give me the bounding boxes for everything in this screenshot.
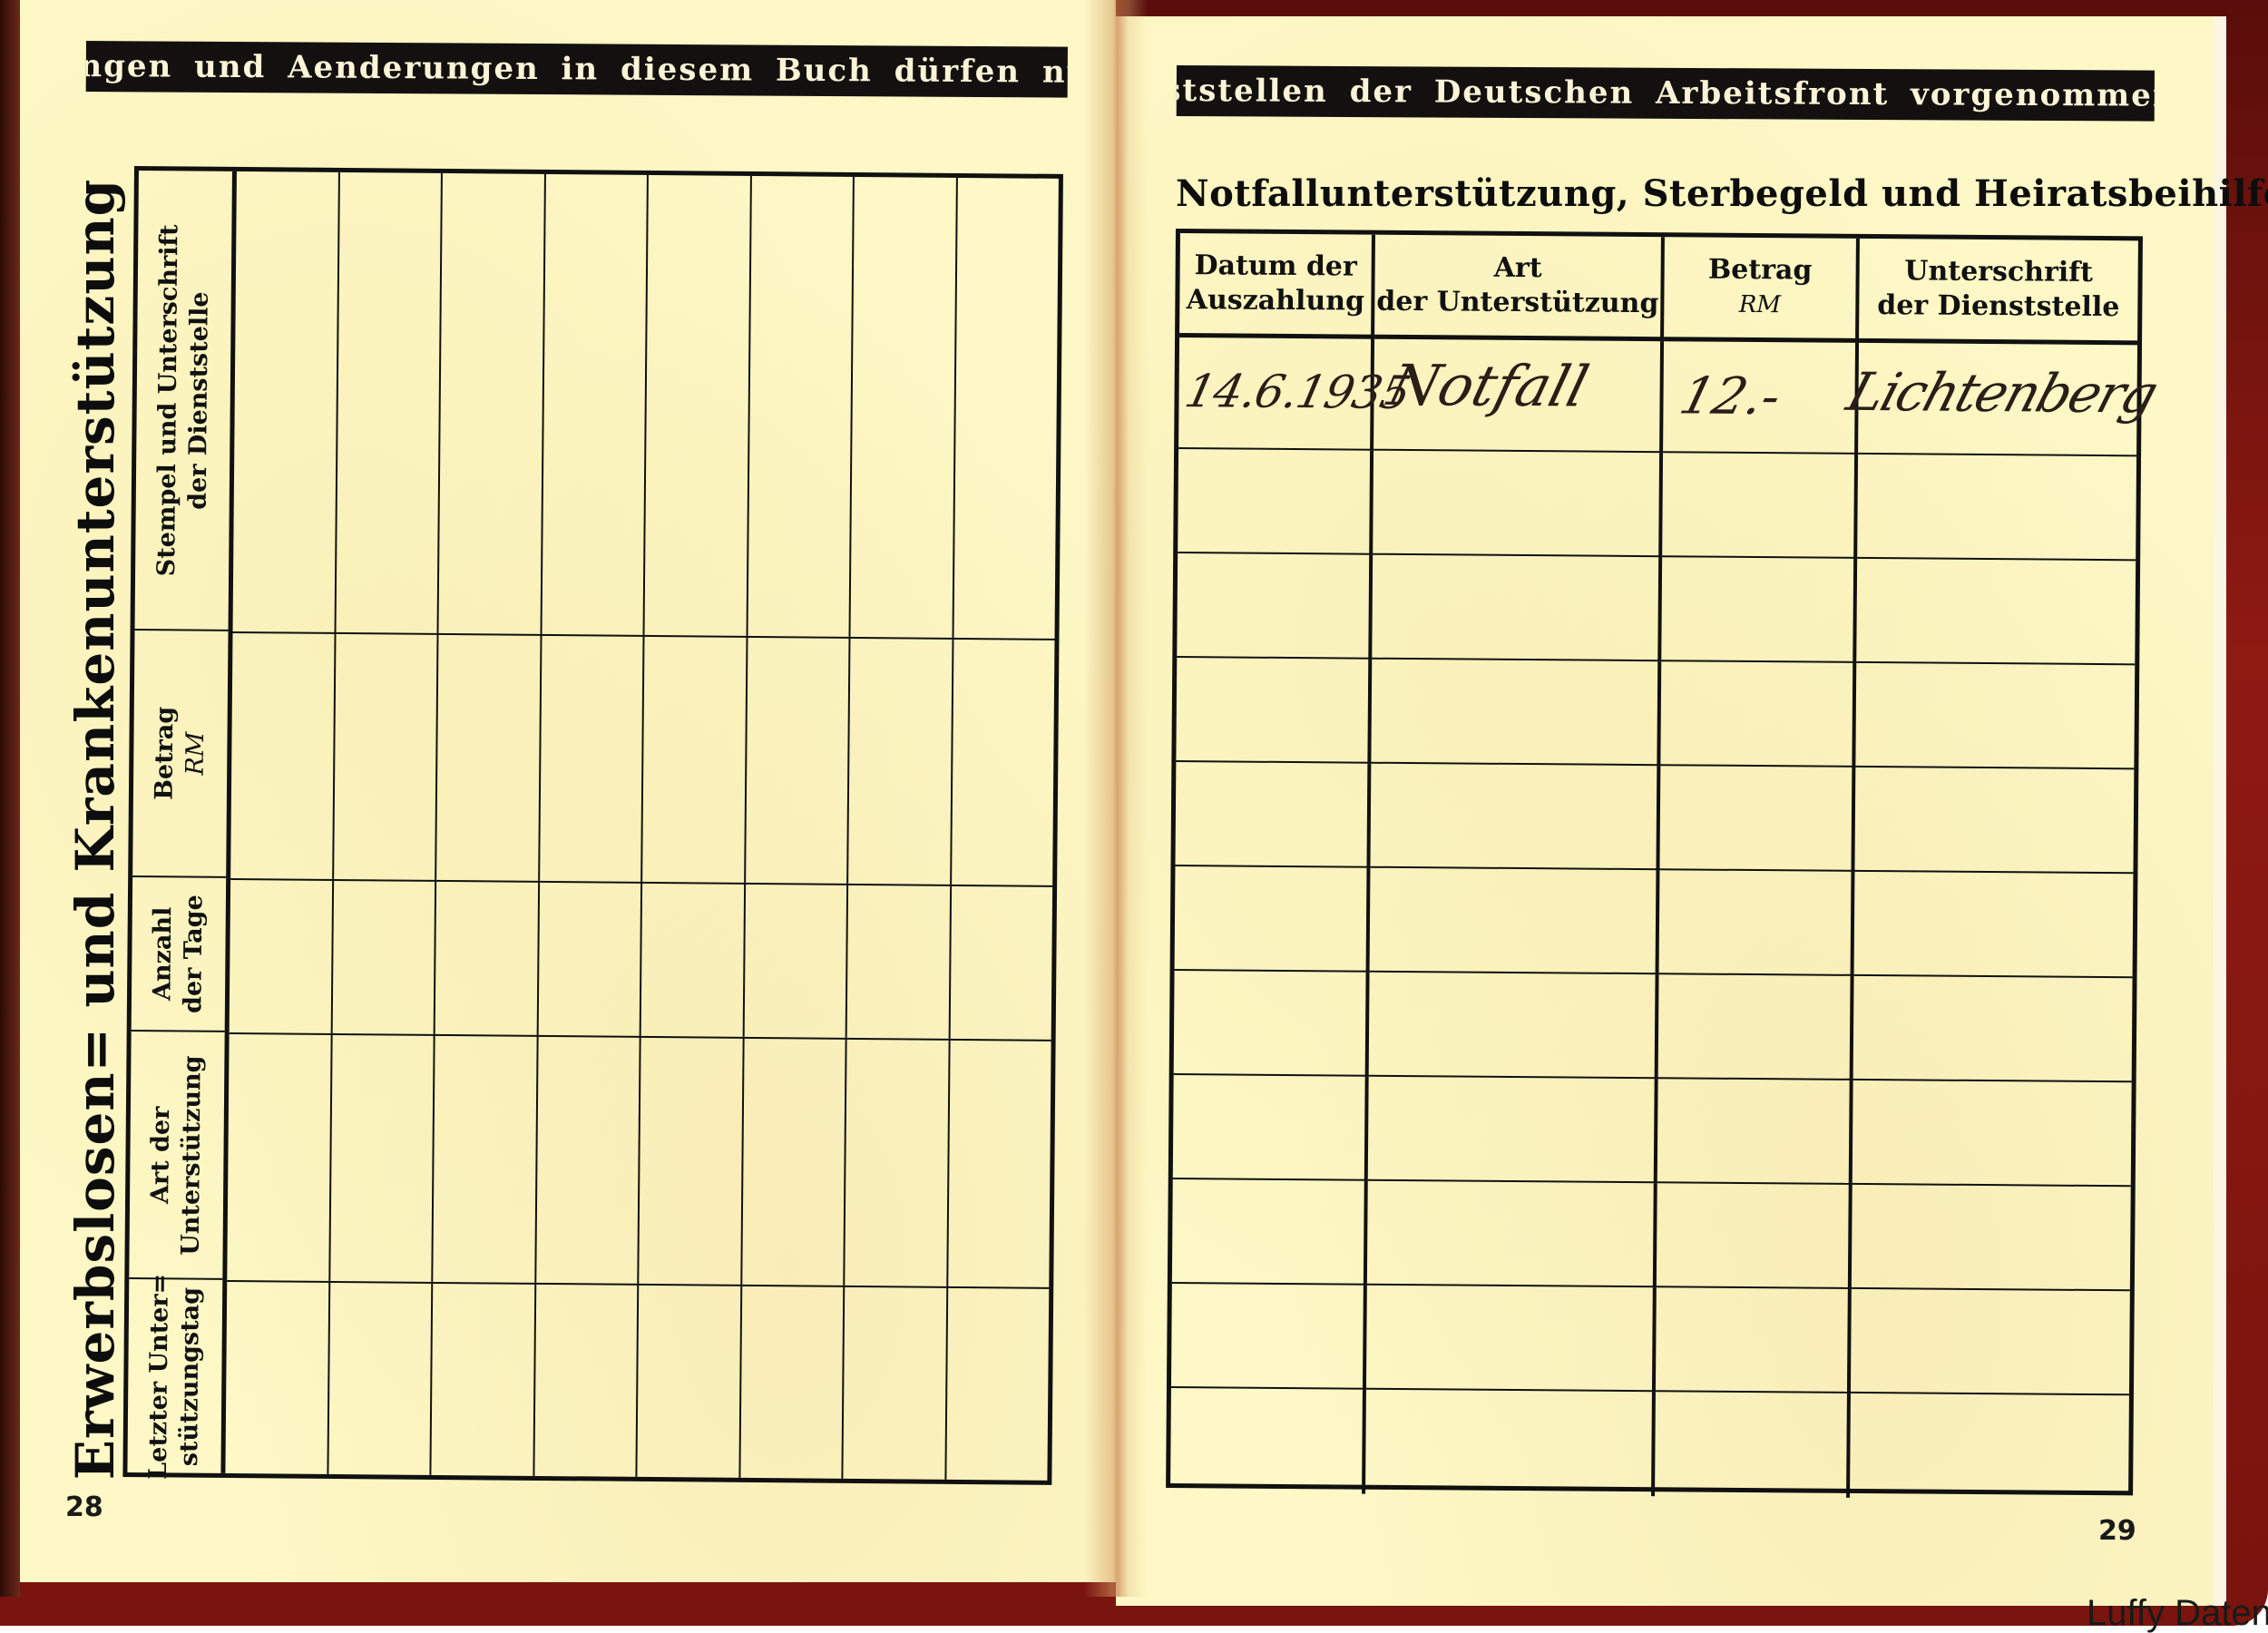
table-cell[interactable] bbox=[948, 1039, 1051, 1287]
table-cell[interactable] bbox=[848, 637, 953, 885]
table-cell[interactable] bbox=[1371, 660, 1661, 767]
table-cell[interactable] bbox=[433, 1034, 538, 1283]
table-cell[interactable] bbox=[1857, 455, 2136, 561]
table-cell[interactable] bbox=[1366, 1286, 1657, 1393]
table-cell[interactable] bbox=[748, 176, 855, 637]
table-cell[interactable] bbox=[1657, 1183, 1853, 1289]
handwritten-betrag: 12.- bbox=[1674, 367, 1787, 426]
header-stempel-line1: Stempel und Unterschrift bbox=[152, 224, 185, 576]
header-art-line2: Unterstützung bbox=[176, 1055, 209, 1256]
table-cell[interactable] bbox=[637, 1284, 741, 1478]
right-banner-text: die Dienststellen der Deutschen Arbeitsf… bbox=[1177, 72, 2155, 115]
table-cell[interactable] bbox=[1171, 1284, 1367, 1390]
page-number-left: 28 bbox=[65, 1491, 103, 1523]
header-letzter-line2: stützungstag bbox=[174, 1273, 207, 1479]
table-row-letzter bbox=[225, 1280, 1049, 1481]
emergency-aid-grid: Datum der Auszahlung Art der Unterstützu… bbox=[1170, 233, 2138, 1491]
table-cell[interactable] bbox=[538, 881, 642, 1036]
header-unterschrift-line1: Unterschrift bbox=[1904, 254, 2093, 290]
table-cell[interactable] bbox=[847, 884, 952, 1039]
table-cell[interactable] bbox=[230, 631, 336, 879]
table-cell[interactable] bbox=[1370, 868, 1660, 975]
table-cell[interactable] bbox=[534, 1283, 639, 1477]
table-cell[interactable] bbox=[330, 1033, 435, 1282]
header-betrag: Betrag RM bbox=[132, 631, 228, 878]
table-cell[interactable] bbox=[740, 1285, 845, 1479]
table-cell[interactable] bbox=[1372, 555, 1662, 662]
header-anzahl-line2: der Tage bbox=[178, 895, 210, 1013]
table-cell[interactable] bbox=[1657, 1079, 1853, 1185]
table-cell[interactable] bbox=[642, 635, 748, 883]
header-letzter-line1: Letzter Unter= bbox=[143, 1273, 176, 1479]
right-notice-banner: die Dienststellen der Deutschen Arbeitsf… bbox=[1177, 65, 2155, 122]
table-cell[interactable] bbox=[1660, 661, 1856, 768]
header-betrag-line2: RM bbox=[180, 707, 211, 800]
table-cell[interactable] bbox=[946, 1286, 1049, 1481]
table-body bbox=[225, 171, 1058, 1481]
table-cell[interactable] bbox=[1659, 766, 1855, 872]
table-row-art bbox=[227, 1032, 1051, 1289]
header-datum-line2: Auszahlung bbox=[1187, 283, 1365, 319]
header-art-line2: der Unterstützung bbox=[1376, 285, 1658, 321]
header-datum-line1: Datum der bbox=[1194, 249, 1356, 284]
table-cell[interactable] bbox=[1367, 1181, 1657, 1288]
table-row-stempel bbox=[233, 171, 1059, 640]
table-cell[interactable] bbox=[1368, 1077, 1658, 1184]
page-number-right: 29 bbox=[2098, 1515, 2136, 1547]
table-cell[interactable] bbox=[540, 634, 645, 882]
cell-datum[interactable]: 14.6.1935 bbox=[1178, 337, 1374, 451]
table-cell[interactable] bbox=[742, 1037, 847, 1286]
table-cell[interactable] bbox=[536, 1035, 641, 1284]
table-header-column: Stempel und Unterschrift der Dienststell… bbox=[127, 171, 237, 1473]
table-cell[interactable] bbox=[1853, 976, 2133, 1082]
table-cell[interactable] bbox=[225, 1280, 329, 1474]
table-cell[interactable] bbox=[1855, 663, 2135, 769]
table-cell[interactable] bbox=[439, 173, 546, 634]
table-cell[interactable] bbox=[334, 632, 439, 880]
table-cell[interactable] bbox=[1851, 1289, 2130, 1395]
cell-unterschrift[interactable]: Lichtenberg bbox=[1858, 343, 2137, 456]
table-cell[interactable] bbox=[953, 178, 1059, 639]
table-cell[interactable] bbox=[1854, 768, 2134, 874]
book-gutter bbox=[1084, 0, 1148, 1597]
left-notice-banner: Eintragungen und Aenderungen in diesem B… bbox=[86, 41, 1068, 98]
table-cell[interactable] bbox=[230, 878, 334, 1033]
header-anzahl: Anzahl der Tage bbox=[132, 877, 226, 1032]
table-cell[interactable] bbox=[542, 174, 649, 635]
header-art-line1: Art der bbox=[145, 1055, 178, 1256]
table-cell[interactable] bbox=[1373, 451, 1663, 558]
header-stempel-line2: der Dienststelle bbox=[182, 224, 216, 576]
left-banner-text: Eintragungen und Aenderungen in diesem B… bbox=[86, 47, 1068, 92]
column-header-art: Art der Unterstützung bbox=[1374, 235, 1665, 342]
table-cell[interactable] bbox=[641, 882, 746, 1037]
table-cell[interactable] bbox=[1856, 559, 2136, 665]
table-cell[interactable] bbox=[435, 880, 540, 1035]
cell-betrag[interactable]: 12.- bbox=[1663, 341, 1859, 455]
table-cell[interactable] bbox=[1172, 1179, 1368, 1286]
table-cell[interactable] bbox=[1656, 1287, 1852, 1393]
table-cell[interactable] bbox=[328, 1281, 433, 1475]
table-cell[interactable] bbox=[1661, 557, 1857, 663]
cell-art[interactable]: Notfall bbox=[1374, 339, 1664, 454]
table-row-betrag bbox=[230, 631, 1054, 887]
table-cell[interactable] bbox=[1177, 553, 1373, 660]
table-cell[interactable] bbox=[336, 172, 443, 633]
table-cell[interactable] bbox=[1174, 971, 1370, 1077]
table-cell[interactable] bbox=[1658, 974, 1854, 1081]
table-cell[interactable] bbox=[639, 1036, 744, 1285]
table-cell[interactable] bbox=[746, 636, 851, 884]
table-cell[interactable] bbox=[1852, 1185, 2131, 1291]
table-cell[interactable] bbox=[1175, 762, 1371, 868]
table-cell[interactable] bbox=[1854, 872, 2134, 978]
column-header-unterschrift: Unterschrift der Dienststelle bbox=[1859, 239, 2138, 345]
table-cell[interactable] bbox=[1176, 658, 1372, 764]
table-cell[interactable] bbox=[1655, 1392, 1851, 1498]
emergency-aid-table: Datum der Auszahlung Art der Unterstützu… bbox=[1166, 229, 2143, 1495]
table-cell[interactable] bbox=[1175, 866, 1371, 973]
handwritten-art: Notfall bbox=[1382, 352, 1595, 420]
table-cell[interactable] bbox=[1662, 453, 1858, 559]
header-betrag-line1: Betrag bbox=[1708, 253, 1813, 288]
table-cell[interactable] bbox=[851, 177, 958, 638]
column-header-datum: Datum der Auszahlung bbox=[1179, 233, 1375, 339]
table-cell[interactable] bbox=[1170, 1388, 1366, 1494]
header-betrag-line2: RM bbox=[1739, 288, 1782, 322]
watermark-text: Luffy Datenbank bbox=[2087, 1593, 2268, 1633]
left-section-title: Erwerbslosen= und Krankenunterstützung bbox=[64, 179, 126, 1480]
table-cell[interactable] bbox=[1853, 1081, 2132, 1187]
table-cell[interactable] bbox=[950, 885, 1052, 1040]
unemployment-sickness-benefit-table: Stempel und Unterschrift der Dienststell… bbox=[122, 166, 1063, 1485]
column-header-betrag: Betrag RM bbox=[1664, 237, 1860, 343]
table-cell[interactable] bbox=[843, 1286, 947, 1480]
table-cell[interactable] bbox=[952, 638, 1055, 885]
book-cover-left-edge bbox=[0, 0, 20, 1597]
table-cell[interactable] bbox=[233, 171, 340, 632]
header-stempel: Stempel und Unterschrift der Dienststell… bbox=[135, 171, 232, 631]
table-cell[interactable] bbox=[332, 879, 436, 1034]
header-art-line1: Art bbox=[1494, 251, 1542, 286]
header-anzahl-line1: Anzahl bbox=[147, 895, 179, 1013]
table-cell[interactable] bbox=[1370, 764, 1660, 871]
table-cell[interactable] bbox=[227, 1032, 332, 1281]
header-art: Art der Unterstützung bbox=[129, 1032, 224, 1280]
table-cell[interactable] bbox=[645, 175, 752, 636]
handwritten-signature: Lichtenberg bbox=[1841, 361, 2164, 425]
table-row-anzahl bbox=[230, 878, 1052, 1041]
table-cell[interactable] bbox=[436, 633, 542, 881]
table-cell[interactable] bbox=[1178, 449, 1374, 555]
table-cell[interactable] bbox=[845, 1038, 950, 1286]
header-betrag-line1: Betrag bbox=[149, 707, 181, 800]
table-cell[interactable] bbox=[1369, 973, 1659, 1080]
table-cell[interactable] bbox=[1365, 1390, 1656, 1497]
header-letzter: Letzter Unter= stützungstag bbox=[127, 1279, 222, 1473]
right-section-title: Notfallunterstützung, Sterbegeld und Hei… bbox=[1176, 172, 2141, 215]
table-cell[interactable] bbox=[744, 883, 848, 1038]
table-cell[interactable] bbox=[1659, 870, 1855, 976]
header-unterschrift-line2: der Dienststelle bbox=[1877, 288, 2119, 325]
table-cell[interactable] bbox=[1850, 1393, 2129, 1500]
table-cell[interactable] bbox=[431, 1282, 535, 1476]
table-cell[interactable] bbox=[1173, 1075, 1369, 1181]
